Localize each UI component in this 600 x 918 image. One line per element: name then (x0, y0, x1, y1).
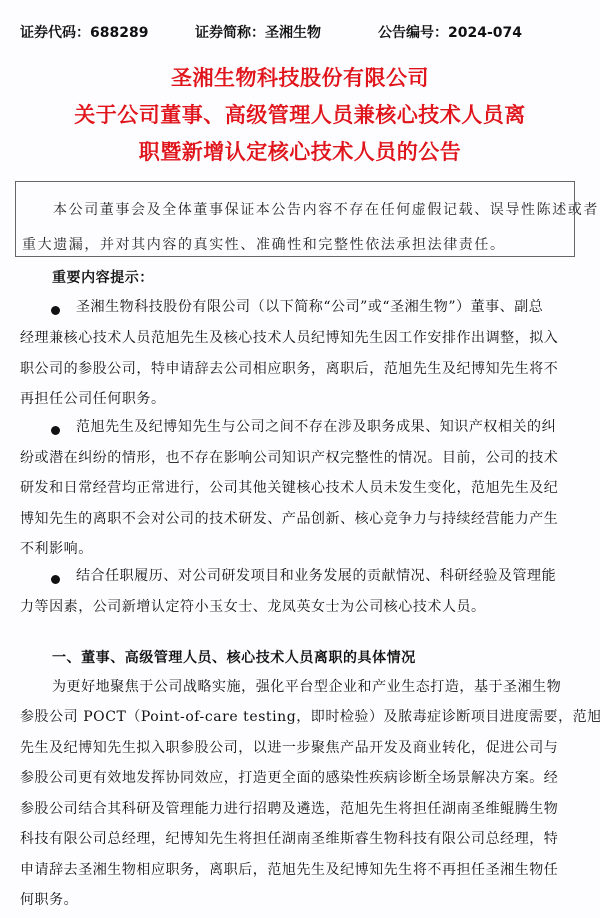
section-1-line-4: 参股公司更有效地发挥协同效应，打造更全面的感染性疾病诊断全场景解决方案。经 (20, 767, 558, 787)
bullet-2-line-3: 研发和日常经营均正常进行，公司其他关键核心技术人员未发生变化，范旭先生及纪 (20, 477, 558, 497)
key-points-heading: 重要内容提示： (52, 267, 154, 287)
section-1-line-5: 参股公司结合其科研及管理能力进行招聘及遴选，范旭先生将担任湖南圣维鲲腾生物 (20, 798, 558, 818)
disclaimer-box: 本公司董事会及全体董事保证本公告内容不存在任何虚假记载、误导性陈述或者 重大遗漏… (15, 181, 575, 257)
bullet-1-line-4: 再担任公司任何职务。 (20, 388, 166, 408)
bullet-2-line-1: 范旭先生及纪博知先生与公司之间不存在涉及职务成果、知识产权相关的纠 (76, 416, 556, 436)
section-1-line-3: 先生及纪博知先生拟入职参股公司，以进一步聚焦产品开发及商业转化，促进公司与 (20, 737, 558, 757)
bullet-icon (51, 306, 60, 315)
notice-number: 公告编号：2024-074 (378, 22, 522, 42)
bullet-2-line-4: 博知先生的离职不会对公司的技术研发、产品创新、核心竞争力与持续经营能力产生 (20, 508, 558, 528)
bullet-icon (51, 426, 60, 435)
bullet-2-line-2: 纷或潜在纠纷的情形，也不存在影响公司知识产权完整性的情况。目前，公司的技术 (20, 447, 558, 467)
section-1-line-7: 申请辞去圣湘生物相应职务，离职后，范旭先生及纪博知先生将不再担任圣湘生物任 (20, 859, 558, 879)
section-1-line-8: 何职务。 (20, 889, 78, 909)
document-header: 证券代码：688289 证券简称：圣湘生物 公告编号：2024-074 (0, 22, 600, 44)
section-1-heading: 一、董事、高级管理人员、核心技术人员离职的具体情况 (52, 647, 416, 667)
bullet-1-line-2: 经理兼核心技术人员范旭先生及核心技术人员纪博知先生因工作安排作出调整，拟入 (20, 327, 558, 347)
title-line-2: 关于公司董事、高级管理人员兼核心技术人员离 (0, 99, 600, 129)
stock-code: 证券代码：688289 (20, 22, 148, 42)
title-line-3: 职暨新增认定核心技术人员的公告 (0, 136, 600, 166)
bullet-icon (51, 575, 60, 584)
disclaimer-line-2: 重大遗漏，并对其内容的真实性、准确性和完整性依法承担法律责任。 (22, 234, 506, 254)
bullet-1-line-1: 圣湘生物科技股份有限公司（以下简称“公司”或“圣湘生物”）董事、副总 (76, 296, 543, 316)
bullet-3-line-2: 力等因素，公司新增认定符小玉女士、龙凤英女士为公司核心技术人员。 (20, 596, 486, 616)
bullet-1-line-3: 职公司的参股公司，特申请辞去公司相应职务，离职后，范旭先生及纪博知先生将不 (20, 358, 558, 378)
disclaimer-line-1: 本公司董事会及全体董事保证本公告内容不存在任何虚假记载、误导性陈述或者 (53, 199, 599, 219)
section-1-line-2: 参股公司 POCT（Point-of-care testing，即时检验）及脓毒… (20, 706, 600, 726)
section-1-line-6: 科技有限公司总经理，纪博知先生将担任湖南圣维斯睿生物科技有限公司总经理，特 (20, 828, 558, 848)
title-company: 圣湘生物科技股份有限公司 (0, 62, 600, 92)
bullet-3-line-1: 结合任职履历、对公司研发项目和业务发展的贡献情况、科研经验及管理能 (76, 565, 556, 585)
section-1-line-1: 为更好地聚焦于公司战略实施，强化平台型企业和产业生态打造，基于圣湘生物 (52, 676, 561, 696)
stock-name: 证券简称：圣湘生物 (195, 22, 321, 42)
bullet-2-line-5: 不利影响。 (20, 538, 93, 558)
